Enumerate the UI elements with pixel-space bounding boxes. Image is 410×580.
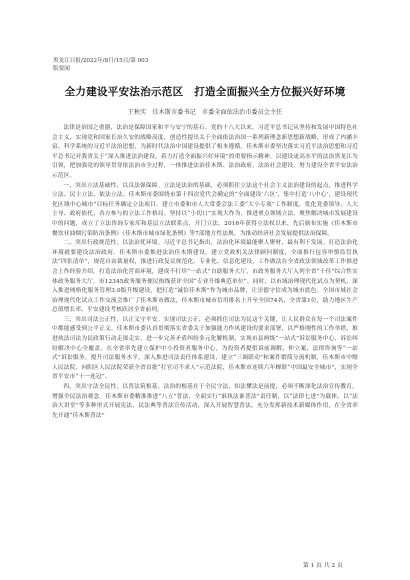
page-number: 第 1 页 共 2 页 [303,560,343,569]
article-byline: 王秋实 佳木斯市委书记 市委全面依法治市委员会主任 [0,107,410,116]
source-info: 黑龙江日报/2022年/8月/15日/第 003 版要闻 [53,57,148,73]
article-title: 全力建设平安法治示范区 打造全面振兴全方位振兴好环境 [0,84,410,99]
source-line-1: 黑龙江日报/2022年/8月/15日/第 003 [53,57,148,65]
paragraph-intro: 法律是治国之重器，法治是保障国家和平与安宁的基石。党的十八大以来，习近平总书记从… [52,124,358,182]
document-page: 黑龙江日报/2022年/8月/15日/第 003 版要闻 全力建设平安法治示范区… [0,0,410,580]
paragraph-administration: 二、突出行政规范性，以法治优环境。习近平总书记指出，法治化环境最能聚人聚材、最有… [52,239,358,316]
paragraph-judiciary: 三、突出司法公正性，以正义守平安。实现司法公正，必须抓住司法为民这个关键，让人民… [52,316,358,383]
article-body: 法律是治国之重器，法治是保障国家和平与安宁的基石。党的十八大以来，习近平总书记从… [52,124,358,421]
paragraph-legislation: 一、突出立法基础性，以良法强保障。立法是法治的基础，必须抓住立法这个社会主义法治… [52,182,358,240]
source-line-2: 版要闻 [53,65,148,73]
paragraph-law-abiding: 四、突出守法全民性，以普法筑根基。法治的根基在于全民守法，知法懂法是前提，必须不… [52,383,358,421]
